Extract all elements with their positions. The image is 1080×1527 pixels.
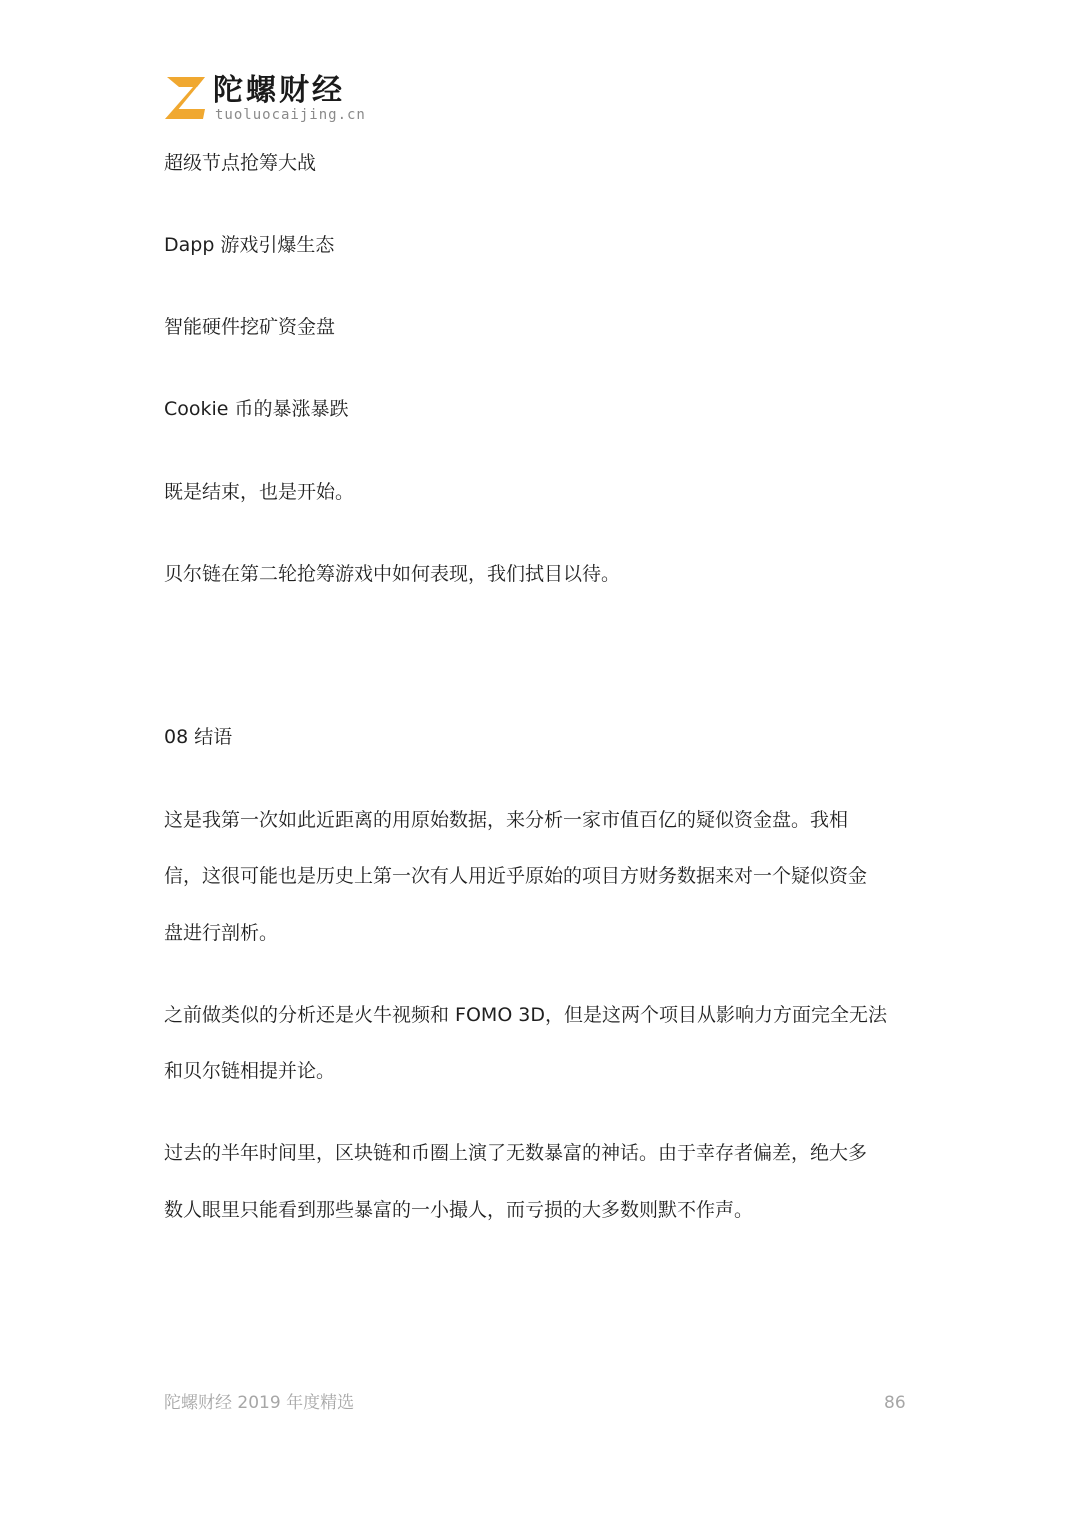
paragraph-line: 和贝尔链相提并论。 [164,1059,335,1083]
brand-domain: tuoluocaijing.cn [215,107,366,123]
paragraph-line: 过去的半年时间里，区块链和币圈上演了无数暴富的神话。由于幸存者偏差，绝大多 [164,1141,867,1165]
list-line: 智能硬件挖矿资金盘 [164,315,335,339]
section-heading: 08 结语 [164,725,232,749]
body-line: 贝尔链在第二轮抢筹游戏中如何表现，我们拭目以待。 [164,562,620,586]
brand-logo: 陀螺财经 tuoluocaijing.cn [163,75,366,125]
list-line: Cookie 币的暴涨暴跌 [164,397,349,421]
paragraph-line: 盘进行剖析。 [164,921,278,945]
paragraph-line: 信，这很可能也是历史上第一次有人用近乎原始的项目方财务数据来对一个疑似资金 [164,864,867,888]
body-line: 既是结束，也是开始。 [164,480,354,504]
list-line: 超级节点抢筹大战 [164,151,316,175]
list-line: Dapp 游戏引爆生态 [164,233,334,257]
z-logo-icon [163,75,207,121]
paragraph-line: 数人眼里只能看到那些暴富的一小撮人，而亏损的大多数则默不作声。 [164,1198,753,1222]
footer-publication: 陀螺财经 2019 年度精选 [164,1392,354,1414]
page-number: 86 [884,1392,906,1414]
brand-name-cn: 陀螺财经 [213,75,366,107]
paragraph-line: 这是我第一次如此近距离的用原始数据，来分析一家市值百亿的疑似资金盘。我相 [164,808,848,832]
paragraph-line: 之前做类似的分析还是火牛视频和 FOMO 3D，但是这两个项目从影响力方面完全无… [164,1003,887,1027]
